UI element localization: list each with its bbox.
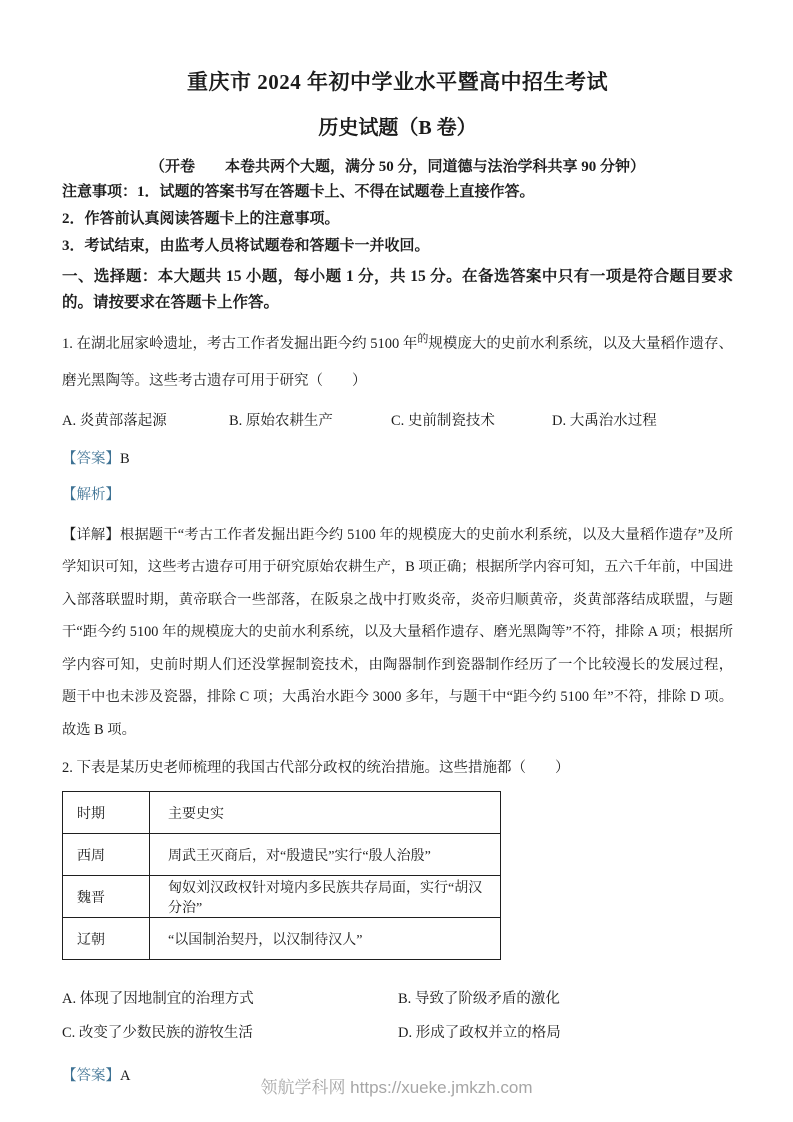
answer-tag: 【答案】 [62, 451, 120, 467]
question-1-option-c: C. 史前制瓷技术 [391, 409, 552, 430]
exam-paper-page: 重庆市 2024 年初中学业水平暨高中招生考试 历史试题（B 卷） （开卷 本卷… [0, 0, 793, 1085]
question-2-option-c: C. 改变了少数民族的游牧生活 [62, 1021, 398, 1042]
exam-subtitle: 历史试题（B 卷） [62, 111, 733, 140]
question-1-analysis-line: 【解析】 [62, 483, 733, 504]
question-2-options: A. 体现了因地制宜的治理方式 B. 导致了阶级矛盾的激化 C. 改变了少数民族… [62, 987, 733, 1042]
question-1-stem-superscript: 的 [417, 333, 428, 345]
question-2-table: 时期 主要史实 西周 周武王灭商后，对“殷遗民”实行“殷人治殷” 魏晋 匈奴刘汉… [62, 791, 501, 960]
table-cell-fact: 周武王灭商后，对“殷遗民”实行“殷人治殷” [150, 834, 501, 876]
question-2-option-b: B. 导致了阶级矛盾的激化 [398, 987, 733, 1008]
question-1-detail-paragraph: 【详解】根据题干“考古工作者发掘出距今约 5100 年的规模庞大的史前水利系统，… [62, 519, 733, 747]
notice-line-1: 注意事项：1．试题的答案书写在答题卡上、不得在试题卷上直接作答。 [62, 179, 733, 206]
table-row: 辽朝 “以国制治契丹，以汉制待汉人” [63, 918, 501, 960]
section-1-heading: 一、选择题：本大题共 15 小题，每小题 1 分，共 15 分。在备选答案中只有… [62, 264, 733, 316]
notice-line-2: 2．作答前认真阅读答题卡上的注意事项。 [62, 206, 733, 233]
detail-tag: 【详解】 [62, 527, 120, 543]
table-cell-period: 辽朝 [63, 918, 150, 960]
question-1-option-d: D. 大禹治水过程 [552, 409, 733, 430]
exam-title: 重庆市 2024 年初中学业水平暨高中招生考试 [62, 66, 733, 96]
table-cell-period: 魏晋 [63, 876, 150, 918]
question-1-options: A. 炎黄部落起源 B. 原始农耕生产 C. 史前制瓷技术 D. 大禹治水过程 [62, 409, 733, 430]
question-1-answer-value: B [120, 451, 130, 467]
question-2-option-d: D. 形成了政权并立的格局 [398, 1021, 733, 1042]
question-2-option-a: A. 体现了因地制宜的治理方式 [62, 987, 398, 1008]
question-1-stem: 1. 在湖北屈家岭遗址，考古工作者发掘出距今约 5100 年的规模庞大的史前水利… [62, 326, 733, 400]
question-1-option-b: B. 原始农耕生产 [229, 409, 391, 430]
question-2-stem: 2. 下表是某历史老师梳理的我国古代部分政权的统治措施。这些措施都（ ） [62, 753, 733, 783]
analysis-tag: 【解析】 [62, 487, 120, 503]
table-header-period: 时期 [63, 792, 150, 834]
exam-info-line: （开卷 本卷共两个大题，满分 50 分，同道德与法治学科共享 90 分钟） [62, 155, 733, 176]
table-header-row: 时期 主要史实 [63, 792, 501, 834]
notice-line-3: 3．考试结束，由监考人员将试题卷和答题卡一并收回。 [62, 233, 733, 260]
watermark-footer: 领航学科网 https://xueke.jmkzh.com [0, 1073, 793, 1098]
table-header-fact: 主要史实 [150, 792, 501, 834]
table-row: 魏晋 匈奴刘汉政权针对境内多民族共存局面，实行“胡汉分治” [63, 876, 501, 918]
question-1-stem-part1: 1. 在湖北屈家岭遗址，考古工作者发掘出距今约 5100 年 [62, 336, 417, 352]
question-1-option-a: A. 炎黄部落起源 [62, 409, 229, 430]
table-cell-fact: “以国制治契丹，以汉制待汉人” [150, 918, 501, 960]
table-cell-period: 西周 [63, 834, 150, 876]
table-cell-fact: 匈奴刘汉政权针对境内多民族共存局面，实行“胡汉分治” [150, 876, 501, 918]
question-1-answer-line: 【答案】B [62, 447, 733, 468]
question-1-detail-text: 根据题干“考古工作者发掘出距今约 5100 年的规模庞大的史前水利系统，以及大量… [62, 527, 733, 738]
table-row: 西周 周武王灭商后，对“殷遗民”实行“殷人治殷” [63, 834, 501, 876]
